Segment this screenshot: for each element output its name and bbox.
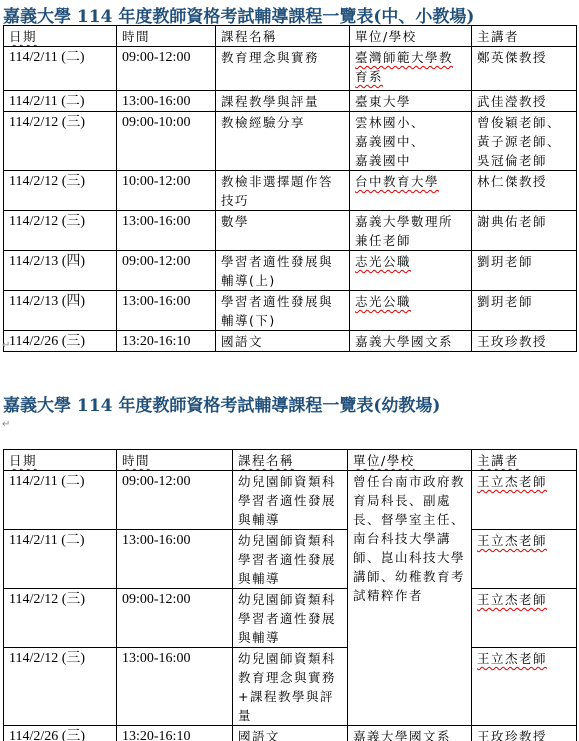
table-row: 114/2/13 (四) 13:00-16:00 學習者適性發展與輔導(下) 志… <box>4 291 577 331</box>
cell-course: 教育理念與實務 <box>216 47 350 91</box>
cell-lecturer: 鄭英傑教授 <box>472 47 577 91</box>
cell-course: 國語文 <box>216 331 350 352</box>
cell-course: 學習者適性發展與輔導(下) <box>216 291 350 331</box>
cell-unit: 嘉義大學數理所兼任老師 <box>350 211 472 251</box>
header-unit: 單位/學校 <box>348 450 472 471</box>
header-unit: 單位/學校 <box>350 26 472 47</box>
paragraph-mark: ↵ <box>2 419 10 430</box>
cell-time: 09:00-12:00 <box>117 251 216 291</box>
table-row: 114/2/26 (三) 13:20-16:10 國語文 嘉義大學國文系 王玫珍… <box>4 726 577 741</box>
section1-title: 嘉義大學 114 年度教師資格考試輔導課程一覽表(中、小教場) <box>3 2 474 27</box>
cell-course: 數學 <box>216 211 350 251</box>
cell-date: 114/2/13 (四) <box>4 251 117 291</box>
cell-time: 13:20-16:10 <box>117 331 216 352</box>
cell-time: 09:00-12:00 <box>117 471 233 530</box>
cell-unit: 雲林國小、 嘉義國中、 嘉義國中 <box>350 112 472 171</box>
cell-unit: 臺東大學 <box>350 91 472 112</box>
cell-course: 教檢經驗分享 <box>216 112 350 171</box>
cell-time: 13:20-16:10 <box>117 726 233 741</box>
cell-lecturer: 林仁傑教授 <box>472 171 577 211</box>
cell-date: 114/2/11 (二) <box>4 530 117 589</box>
cell-date: 114/2/12 (三) <box>4 211 117 251</box>
header-course: 課程名稱 <box>216 26 350 47</box>
cell-date: 114/2/11 (二) <box>4 471 117 530</box>
cell-unit-merged: 曾任台南市政府教育局科長、副處長、督學室主任、南台科技大學講師、崑山科技大學講師… <box>348 471 472 726</box>
cell-lecturer: 曾俊穎老師、黃子源老師、吳冠倫老師 <box>472 112 577 171</box>
cell-date: 114/2/12 (三) <box>4 171 117 211</box>
cell-course: 教檢非選擇題作答技巧 <box>216 171 350 211</box>
header-time: 時間 <box>117 26 216 47</box>
cell-unit: 臺灣師範大學教育系 <box>350 47 472 91</box>
cell-course: 幼兒園師資類科教育理念與實務+課程教學與評量 <box>233 648 348 726</box>
cell-lecturer: 武佳瀅教授 <box>472 91 577 112</box>
schedule-table-primary: 日期 時間 課程名稱 單位/學校 主講者 114/2/11 (二) 09:00-… <box>3 25 577 352</box>
cell-unit: 嘉義大學國文系 <box>350 331 472 352</box>
cell-lecturer: 王立杰老師 <box>472 589 577 648</box>
table-row: 114/2/12 (三) 10:00-12:00 教檢非選擇題作答技巧 台中教育… <box>4 171 577 211</box>
cell-lecturer: 謝典佑老師 <box>472 211 577 251</box>
cell-lecturer: 王玫珍教授 <box>472 331 577 352</box>
cell-time: 09:00-12:00 <box>117 589 233 648</box>
cell-unit: 志光公職 <box>350 291 472 331</box>
table-row: 114/2/11 (二) 13:00-16:00 幼兒園師資類科學習者適性發展與… <box>4 530 577 589</box>
cell-date: 114/2/11 (二) <box>4 91 117 112</box>
table-row: 114/2/11 (二) 09:00-12:00 幼兒園師資類科學習者適性發展與… <box>4 471 577 530</box>
cell-lecturer: 劉玥老師 <box>472 251 577 291</box>
cell-time: 13:00-16:00 <box>117 91 216 112</box>
header-lecturer: 主講者 <box>472 450 577 471</box>
header-date: 日期 <box>4 26 117 47</box>
cell-course: 學習者適性發展與輔導(上) <box>216 251 350 291</box>
cell-date: 114/2/26 (三) <box>4 331 117 352</box>
cell-time: 13:00-16:00 <box>117 648 233 726</box>
cell-time: 09:00-12:00 <box>117 47 216 91</box>
schedule-table-preschool: 日期 時間 課程名稱 單位/學校 主講者 114/2/11 (二) 09:00-… <box>3 449 577 741</box>
cell-lecturer: 王立杰老師 <box>472 530 577 589</box>
header-date: 日期 <box>4 450 117 471</box>
cell-unit: 台中教育大學 <box>350 171 472 211</box>
table-row: 114/2/12 (三) 13:00-16:00 幼兒園師資類科教育理念與實務+… <box>4 648 577 726</box>
table-row: 114/2/11 (二) 13:00-16:00 課程教學與評量 臺東大學 武佳… <box>4 91 577 112</box>
cell-time: 09:00-10:00 <box>117 112 216 171</box>
table-row: 114/2/11 (二) 09:00-12:00 教育理念與實務 臺灣師範大學教… <box>4 47 577 91</box>
cell-course: 幼兒園師資類科學習者適性發展與輔導 <box>233 530 348 589</box>
table-row: 114/2/12 (三) 09:00-10:00 教檢經驗分享 雲林國小、 嘉義… <box>4 112 577 171</box>
cell-lecturer: 王立杰老師 <box>472 471 577 530</box>
cell-time: 10:00-12:00 <box>117 171 216 211</box>
cell-lecturer: 王立杰老師 <box>472 648 577 726</box>
cell-date: 114/2/26 (三) <box>4 726 117 741</box>
cell-course: 幼兒園師資類科學習者適性發展與輔導 <box>233 589 348 648</box>
cell-course: 課程教學與評量 <box>216 91 350 112</box>
table-row: 114/2/12 (三) 13:00-16:00 數學 嘉義大學數理所兼任老師 … <box>4 211 577 251</box>
cell-date: 114/2/12 (三) <box>4 589 117 648</box>
table-row: 114/2/13 (四) 09:00-12:00 學習者適性發展與輔導(上) 志… <box>4 251 577 291</box>
cell-time: 13:00-16:00 <box>117 291 216 331</box>
cell-course: 國語文 <box>233 726 348 741</box>
header-course: 課程名稱 <box>233 450 348 471</box>
section2-title: 嘉義大學 114 年度教師資格考試輔導課程一覽表(幼教場) <box>3 391 440 416</box>
cell-time: 13:00-16:00 <box>117 530 233 589</box>
table-header-row: 日期 時間 課程名稱 單位/學校 主講者 <box>4 450 577 471</box>
cell-course: 幼兒園師資類科學習者適性發展與輔導 <box>233 471 348 530</box>
cell-lecturer: 劉玥老師 <box>472 291 577 331</box>
cell-date: 114/2/13 (四) <box>4 291 117 331</box>
cell-date: 114/2/11 (二) <box>4 47 117 91</box>
table-header-row: 日期 時間 課程名稱 單位/學校 主講者 <box>4 26 577 47</box>
header-lecturer: 主講者 <box>472 26 577 47</box>
table-row: 114/2/12 (三) 09:00-12:00 幼兒園師資類科學習者適性發展與… <box>4 589 577 648</box>
cell-date: 114/2/12 (三) <box>4 112 117 171</box>
header-time: 時間 <box>117 450 233 471</box>
cell-lecturer: 王玫珍教授 <box>472 726 577 741</box>
cell-unit: 嘉義大學國文系 <box>348 726 472 741</box>
cell-time: 13:00-16:00 <box>117 211 216 251</box>
cell-unit: 志光公職 <box>350 251 472 291</box>
paragraph-mark: ↵ <box>2 340 10 351</box>
cell-date: 114/2/12 (三) <box>4 648 117 726</box>
table-row: 114/2/26 (三) 13:20-16:10 國語文 嘉義大學國文系 王玫珍… <box>4 331 577 352</box>
